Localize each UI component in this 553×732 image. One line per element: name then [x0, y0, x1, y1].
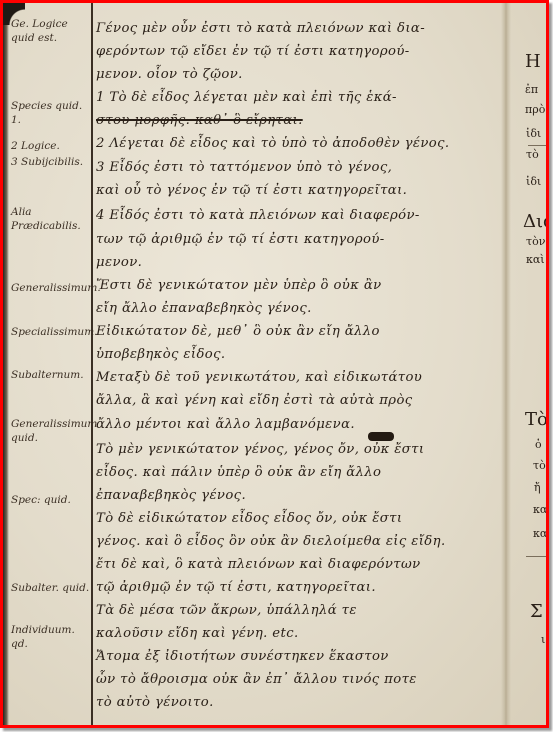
text-line: Ἄτομα ἐξ ἰδιοτήτων συνέστηκεν ἕκαστον	[96, 648, 389, 666]
text-line: τὸ αὐτὸ γένοιτο.	[96, 694, 214, 712]
text-line: ἄλλο μέντοι καὶ ἄλλο λαμβανόμενα.	[96, 416, 355, 434]
text-line: Εἰδικώτατον δὲ, μεθ᾽ ὃ οὐκ ἂν εἴη ἄλλο	[96, 323, 380, 341]
text-line: Τὸ δὲ εἰδικώτατον εἶδος εἶδος ὄν, οὐκ ἔσ…	[96, 510, 402, 528]
manuscript-frame: Ge. Logice quid est. Species quid. 1. 2 …	[0, 0, 549, 728]
text-line: των τῷ ἀριθμῷ ἐν τῷ τί ἐστι κατηγορού-	[96, 231, 385, 249]
text-line: Τὸ μὲν γενικώτατον γένος, γένος ὄν, οὐκ …	[96, 441, 424, 459]
margin-note: Generalissimum.	[11, 281, 91, 295]
margin-note: Generalissimum quid.	[11, 417, 91, 445]
next-page-fragment: τὸ	[533, 459, 546, 472]
next-page-fragment: ἐπ	[525, 83, 538, 96]
text-line: 1 Τὸ δὲ εἶδος λέγεται μὲν καὶ ἐπὶ τῆς ἑκ…	[96, 89, 397, 107]
margin-note: 2 Logice.	[11, 139, 91, 153]
margin-rule	[91, 3, 93, 725]
next-page-fragment: ι	[541, 633, 545, 646]
next-page-fragment: ὁ	[535, 438, 542, 451]
text-line: ἔτι δὲ καὶ, ὃ κατὰ πλειόνων καὶ διαφερόν…	[96, 556, 421, 574]
ink-blot	[368, 432, 394, 441]
text-line: 2 Λέγεται δὲ εἶδος καὶ τὸ ὑπὸ τὸ ἀποδοθὲ…	[96, 135, 450, 153]
margin-note: Ge. Logice quid est.	[11, 17, 91, 45]
next-page-fragment: καὶ	[533, 527, 549, 540]
margin-note: Species quid. 1.	[11, 99, 91, 127]
text-line: 3 Εἶδός ἐστι τὸ ταττόμενον ὑπὸ τὸ γένος,	[96, 159, 392, 177]
page-fold	[501, 3, 511, 725]
next-page-fragment: τὸν	[526, 235, 545, 248]
next-page-fragment: καὶ	[526, 253, 545, 266]
text-line: Τὰ δὲ μέσα τῶν ἄκρων, ὑπάλληλά τε	[96, 602, 357, 620]
text-line: μενον.	[96, 254, 142, 272]
next-page-fragment: Τὸ	[525, 409, 548, 430]
text-line: ὧν τὸ ἄθροισμα οὐκ ἂν ἐπ᾽ ἄλλου τινός πο…	[96, 671, 417, 689]
next-page-rule	[526, 556, 549, 557]
text-line: ἐπαναβεβηκὸς γένος.	[96, 487, 246, 505]
spine-shadow	[3, 3, 9, 725]
manuscript-page: Ge. Logice quid est. Species quid. 1. 2 …	[3, 3, 546, 725]
text-line: Ἔστι δὲ γενικώτατον μὲν ὑπὲρ ὃ οὐκ ἂν	[96, 277, 382, 295]
text-line: ἄλλα, ἃ καὶ γένη καὶ εἴδη ἐστὶ τὰ αὐτὰ π…	[96, 392, 413, 410]
next-page-fragment: Δια	[523, 211, 549, 232]
margin-note: Alia Prædicabilis.	[11, 205, 91, 233]
text-line: Γένος μὲν οὖν ἐστι τὸ κατὰ πλειόνων καὶ …	[96, 20, 425, 38]
margin-note: Specialissimum.	[11, 325, 91, 339]
text-line: Μεταξὺ δὲ τοῦ γενικωτάτου, καὶ εἰδικωτάτ…	[96, 369, 422, 387]
text-line: καὶ οὗ τὸ γένος ἐν τῷ τί ἐστι κατηγορεῖτ…	[96, 182, 407, 200]
next-page-fragment: τὸ	[526, 148, 539, 161]
next-page-fragment: πρὸ	[525, 103, 545, 116]
margin-note: Individuum. qd.	[11, 623, 91, 651]
text-line: 4 Εἶδός ἐστι τὸ κατὰ πλειόνων καὶ διαφερ…	[96, 207, 420, 225]
text-line: γένος. καὶ ὃ εἶδος ὂν οὐκ ἂν διελοίμεθα …	[96, 533, 446, 551]
text-line: καλοῦσιν εἴδη καὶ γένη. etc.	[96, 625, 299, 643]
margin-note: Subalter. quid.	[11, 581, 91, 595]
next-page-fragment: καὶ	[533, 503, 549, 516]
text-line: φερόντων τῷ εἴδει ἐν τῷ τί ἐστι κατηγορο…	[96, 43, 410, 61]
text-line: εἴη ἄλλο ἐπαναβεβηκὸς γένος.	[96, 300, 312, 318]
margin-note: 3 Subijcibilis.	[11, 155, 91, 169]
text-line: ὑποβεβηκὸς εἶδος.	[96, 346, 226, 364]
next-page-rule	[528, 145, 549, 146]
next-page-fragment: Η	[525, 51, 541, 72]
text-line: στου μορφῆς. καθ᾽ ὃ εἴρηται.	[96, 112, 303, 130]
text-line: τῷ ἀριθμῷ ἐν τῷ τί ἐστι, κατηγορεῖται.	[96, 579, 376, 597]
next-page-fragment: Σ	[530, 601, 543, 622]
next-page-fragment: ἤ	[534, 481, 541, 494]
text-line: εἶδος. καὶ πάλιν ὑπὲρ ὃ οὐκ ἂν εἴη ἄλλο	[96, 464, 381, 482]
margin-note: Spec: quid.	[11, 493, 91, 507]
margin-note: Subalternum.	[11, 368, 91, 382]
text-line: μενον. οἷον τὸ ζῷον.	[96, 66, 243, 84]
next-page-fragment: ἰδι	[526, 127, 541, 140]
next-page-fragment: ἰδι	[526, 175, 541, 188]
